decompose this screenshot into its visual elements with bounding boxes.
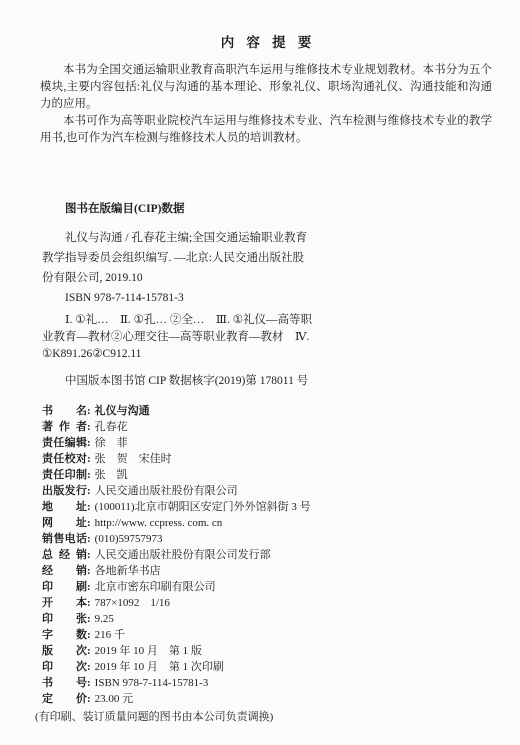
colophon-row: 著作者 : 孔春花 — [42, 419, 492, 435]
colophon-value: 216 千 — [95, 627, 492, 643]
colophon-colon: : — [87, 659, 91, 675]
cip-record-line: 教学指导委员会组织编写. —北京:人民交通出版社股 — [42, 248, 492, 268]
colophon-value: 人民交通出版社股份有限公司 — [95, 483, 492, 499]
colophon-colon: : — [87, 579, 91, 595]
colophon-value: 礼仪与沟通 — [95, 403, 492, 419]
colophon-value: 北京市密东印刷有限公司 — [95, 579, 492, 595]
colophon-label: 销售电话 — [42, 531, 87, 547]
colophon-colon: : — [87, 547, 91, 563]
colophon-colon: : — [87, 515, 91, 531]
colophon-colon: : — [87, 403, 91, 419]
colophon-label: 地址 — [42, 499, 87, 515]
colophon-row: 书号 : ISBN 978-7-114-15781-3 — [42, 675, 492, 691]
colophon-row: 经销 : 各地新华书店 — [42, 563, 492, 579]
cip-classification-line: Ⅰ. ①礼… Ⅱ. ①孔… ②全… Ⅲ. ①礼仪—高等职 — [42, 312, 492, 329]
colophon-value: ISBN 978-7-114-15781-3 — [95, 675, 492, 691]
colophon-label: 版次 — [42, 643, 87, 659]
colophon-colon: : — [87, 531, 91, 547]
colophon-value: 徐 菲 — [95, 435, 492, 451]
colophon-label: 出版发行 — [42, 483, 87, 499]
cip-section: 图书在版编目(CIP)数据 礼仪与沟通 / 孔春花主编;全国交通运输职业教育 教… — [42, 201, 492, 390]
colophon-row: 出版发行 : 人民交通出版社股份有限公司 — [42, 483, 492, 499]
summary-paragraphs: 本书为全国交通运输职业教育高职汽车运用与维修技术专业规划教材。本书分为五个模块,… — [40, 62, 492, 147]
colophon-label: 总经销 — [42, 547, 87, 563]
colophon-colon: : — [87, 467, 91, 483]
colophon-colon: : — [87, 435, 91, 451]
colophon-colon: : — [87, 595, 91, 611]
colophon-label: 责任编辑 — [42, 435, 87, 451]
colophon-row: 销售电话 : (010)59757973 — [42, 531, 492, 547]
colophon-colon: : — [87, 483, 91, 499]
colophon-label: 责任印制 — [42, 467, 87, 483]
colophon-value: 人民交通出版社股份有限公司发行部 — [95, 547, 492, 563]
colophon-colon: : — [87, 611, 91, 627]
colophon-label: 开本 — [42, 595, 87, 611]
colophon-value: 各地新华书店 — [95, 563, 492, 579]
colophon-value: 9.25 — [95, 611, 492, 627]
colophon-row: 定价 : 23.00 元 — [42, 691, 492, 707]
cip-classification: Ⅰ. ①礼… Ⅱ. ①孔… ②全… Ⅲ. ①礼仪—高等职 业教育—教材②心理交往… — [42, 312, 492, 363]
colophon-label: 网址 — [42, 515, 87, 531]
colophon-value: 787×1092 1/16 — [95, 595, 492, 611]
colophon-value: 2019 年 10 月 第 1 版 — [95, 643, 492, 659]
colophon-row: 书名 : 礼仪与沟通 — [42, 403, 492, 419]
cip-record: 礼仪与沟通 / 孔春花主编;全国交通运输职业教育 教学指导委员会组织编写. —北… — [42, 228, 492, 288]
cip-isbn-line: ISBN 978-7-114-15781-3 — [42, 288, 492, 308]
colophon-row: 责任印制 : 张 凯 — [42, 467, 492, 483]
colophon-colon: : — [87, 563, 91, 579]
colophon-row: 字数 : 216 千 — [42, 627, 492, 643]
colophon-row: 印刷 : 北京市密东印刷有限公司 — [42, 579, 492, 595]
colophon-value: (100011)北京市朝阳区安定门外外馆斜街 3 号 — [95, 499, 492, 515]
colophon-label: 印次 — [42, 659, 87, 675]
cip-record-line: 礼仪与沟通 / 孔春花主编;全国交通运输职业教育 — [42, 228, 492, 248]
colophon-row: 地址 : (100011)北京市朝阳区安定门外外馆斜街 3 号 — [42, 499, 492, 515]
colophon-label: 印张 — [42, 611, 87, 627]
colophon-value: 孔春花 — [95, 419, 492, 435]
colophon-label: 字数 — [42, 627, 87, 643]
colophon-colon: : — [87, 499, 91, 515]
colophon-label: 经销 — [42, 563, 87, 579]
colophon-value: 张 贺 宋佳时 — [95, 451, 492, 467]
colophon-label: 书号 — [42, 675, 87, 691]
cip-record-line: 份有限公司, 2019.10 — [42, 268, 492, 288]
colophon-value: http://www. ccpress. com. cn — [95, 515, 492, 531]
colophon-row: 网址 : http://www. ccpress. com. cn — [42, 515, 492, 531]
book-copyright-page: 内容提要 本书为全国交通运输职业教育高职汽车运用与维修技术专业规划教材。本书分为… — [0, 0, 520, 745]
colophon-colon: : — [87, 627, 91, 643]
colophon-row: 责任编辑 : 徐 菲 — [42, 435, 492, 451]
colophon-colon: : — [87, 451, 91, 467]
quality-note: (有印刷、装订质量问题的图书由本公司负责调换) — [35, 709, 492, 725]
colophon-value: 23.00 元 — [95, 691, 492, 707]
colophon-value: 2019 年 10 月 第 1 次印刷 — [95, 659, 492, 675]
content-summary-section: 内容提要 本书为全国交通运输职业教育高职汽车运用与维修技术专业规划教材。本书分为… — [40, 34, 492, 147]
colophon-row: 版次 : 2019 年 10 月 第 1 版 — [42, 643, 492, 659]
colophon-colon: : — [87, 675, 91, 691]
colophon-row: 开本 : 787×1092 1/16 — [42, 595, 492, 611]
colophon-colon: : — [87, 419, 91, 435]
colophon-value: 张 凯 — [95, 467, 492, 483]
summary-paragraph: 本书可作为高等职业院校汽车运用与维修技术专业、汽车检测与维修技术专业的教学用书,… — [40, 113, 492, 147]
colophon-row: 总经销 : 人民交通出版社股份有限公司发行部 — [42, 547, 492, 563]
colophon-row: 责任校对 : 张 贺 宋佳时 — [42, 451, 492, 467]
colophon-row: 印次 : 2019 年 10 月 第 1 次印刷 — [42, 659, 492, 675]
cip-classification-line: ①K891.26②C912.11 — [42, 346, 492, 363]
colophon-colon: : — [87, 691, 91, 707]
cip-registry-line: 中国版本图书馆 CIP 数据核字(2019)第 178011 号 — [42, 373, 492, 390]
colophon-colon: : — [87, 643, 91, 659]
colophon-row: 印张 : 9.25 — [42, 611, 492, 627]
colophon-value: (010)59757973 — [95, 531, 492, 547]
cip-classification-line: 业教育—教材②心理交往—高等职业教育—教材 Ⅳ. — [42, 329, 492, 346]
colophon-label: 印刷 — [42, 579, 87, 595]
colophon-label: 定价 — [42, 691, 87, 707]
colophon-label: 书名 — [42, 403, 87, 419]
summary-paragraph: 本书为全国交通运输职业教育高职汽车运用与维修技术专业规划教材。本书分为五个模块,… — [40, 62, 492, 113]
colophon-label: 著作者 — [42, 419, 87, 435]
colophon-section: 书名 : 礼仪与沟通 著作者 : 孔春花 责任编辑 : 徐 菲 责任校对 : 张… — [42, 403, 492, 725]
cip-heading: 图书在版编目(CIP)数据 — [42, 201, 492, 218]
summary-title: 内容提要 — [40, 34, 492, 52]
colophon-label: 责任校对 — [42, 451, 87, 467]
